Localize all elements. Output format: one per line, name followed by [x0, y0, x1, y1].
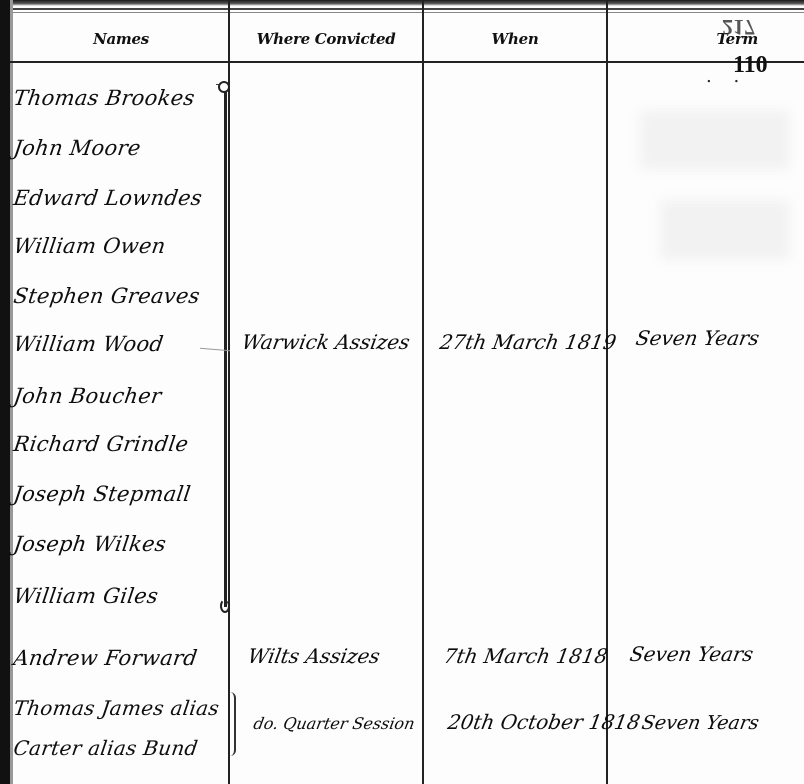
- convict-name-line-1: Thomas James alias: [12, 696, 221, 720]
- ink-bleedthrough: [640, 110, 790, 170]
- column-header-when: When: [424, 24, 606, 54]
- where-convicted: Warwick Assizes: [240, 330, 412, 354]
- name-bracket: [228, 692, 236, 756]
- convict-name: John Boucher: [12, 384, 163, 408]
- convict-name: William Owen: [12, 234, 167, 258]
- convict-name: William Giles: [12, 584, 160, 608]
- ink-dots: . .: [706, 66, 747, 87]
- convict-name: Edward Lowndes: [12, 186, 204, 210]
- convict-name: Joseph Wilkes: [12, 532, 168, 556]
- conviction-date: 20th October 1818: [446, 710, 642, 734]
- column-header-where-convicted: Where Convicted: [230, 24, 422, 54]
- group-bracket: [216, 84, 227, 607]
- where-convicted: do. Quarter Session: [252, 714, 416, 733]
- convict-name: Joseph Stepmall: [12, 482, 192, 506]
- ink-bleedthrough: [660, 200, 790, 260]
- where-convicted: Wilts Assizes: [246, 644, 382, 668]
- top-rule: [10, 8, 804, 10]
- column-header-names: Names: [14, 24, 228, 54]
- page-top-edge: [0, 0, 804, 6]
- convict-name: Richard Grindle: [12, 432, 190, 456]
- convict-name: William Wood: [12, 332, 165, 356]
- column-divider-3: [606, 0, 608, 784]
- convict-name-line-2: Carter alias Bund: [12, 736, 200, 760]
- conviction-date: 27th March 1819: [438, 330, 618, 354]
- header-rule: [10, 61, 804, 63]
- column-divider-1: [228, 0, 230, 784]
- top-rule-secondary: [10, 12, 804, 13]
- conviction-date: 7th March 1818: [442, 644, 610, 668]
- convict-name: Stephen Greaves: [12, 284, 202, 308]
- sentence-term: Seven Years: [628, 642, 755, 666]
- page-number-bleedthrough: 217: [722, 14, 755, 40]
- column-divider-2: [422, 0, 424, 784]
- binding-edge: [0, 0, 10, 784]
- convict-name: John Moore: [12, 136, 142, 160]
- convict-name: Thomas Brookes: [12, 86, 196, 110]
- sentence-term: Seven Years: [640, 712, 761, 734]
- sentence-term: Seven Years: [634, 326, 761, 350]
- register-page: Names Where Convicted When Term 217 110 …: [0, 0, 804, 784]
- convict-name: Andrew Forward: [12, 646, 199, 670]
